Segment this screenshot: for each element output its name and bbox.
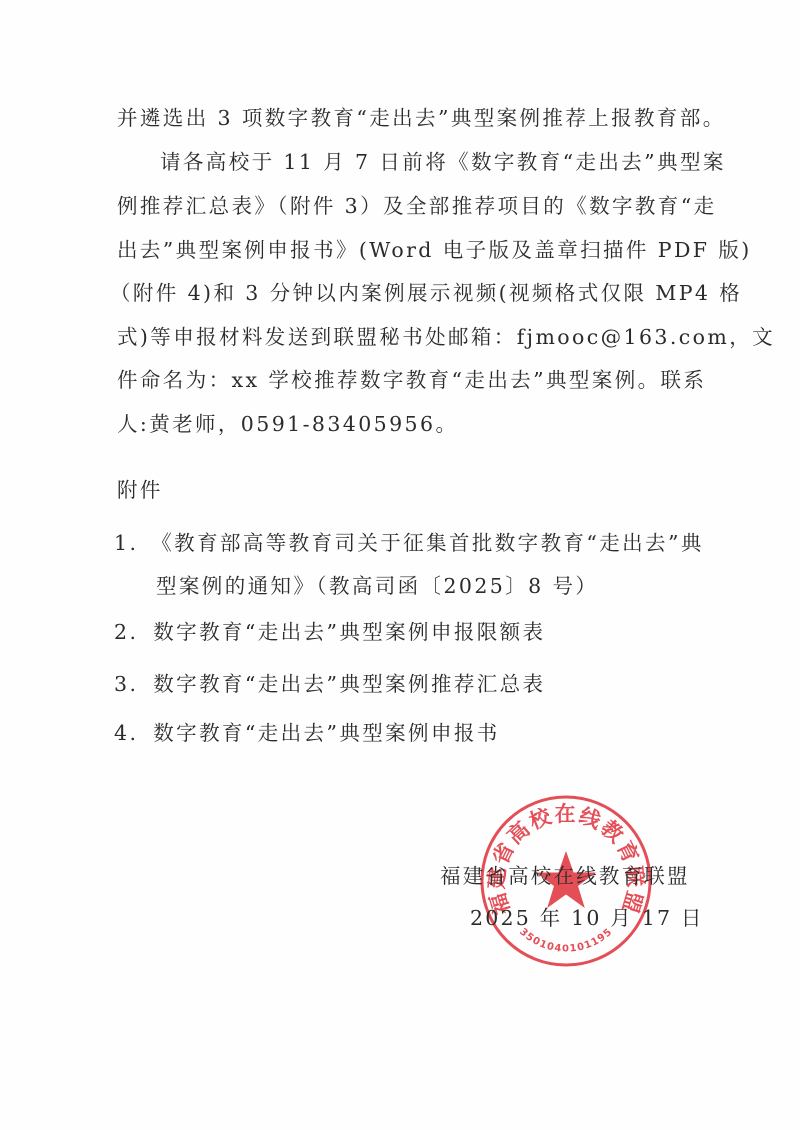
signature-organization: 福建省高校在线教育联盟 <box>440 862 690 890</box>
body-line-8: 人:黄老师，0591-83405956。 <box>117 410 458 438</box>
body-line-5: （附件 4)和 3 分钟以内案例展示视频(视频格式仅限 MP4 格 <box>110 279 742 307</box>
attachment-number: 1. <box>114 531 138 555</box>
body-line-1: 并遴选出 3 项数字教育“走出去”典型案例推荐上报教育部。 <box>117 104 726 132</box>
body-line-2: 请各高校于 11 月 7 日前将《数字教育“走出去”典型案 <box>160 148 726 176</box>
body-line-3: 例推荐汇总表》（附件 3）及全部推荐项目的《数字教育“走 <box>117 192 717 220</box>
attachment-item-1-continued: 型案例的通知》（教高司函〔2025〕8 号） <box>156 572 598 600</box>
attachment-title: 《教育部高等教育司关于征集首批数字教育“走出去”典 <box>151 531 703 555</box>
attachment-item-4: 4. 数字教育“走出去”典型案例申报书 <box>114 719 500 747</box>
attachment-item-3: 3. 数字教育“走出去”典型案例推荐汇总表 <box>114 670 545 698</box>
attachment-title: 数字教育“走出去”典型案例申报限额表 <box>153 620 545 644</box>
body-line-7: 件命名为：xx 学校推荐数字教育“走出去”典型案例。联系 <box>117 366 706 394</box>
attachment-number: 3. <box>114 672 138 696</box>
attachments-heading: 附件 <box>117 476 163 504</box>
attachment-number: 2. <box>114 620 138 644</box>
signature-date: 2025 年 10 月 17 日 <box>470 904 704 932</box>
attachment-item-2: 2. 数字教育“走出去”典型案例申报限额表 <box>114 618 545 646</box>
body-line-4: 出去”典型案例申报书》(Word 电子版及盖章扫描件 PDF 版) <box>117 236 752 264</box>
body-line-6: 式)等申报材料发送到联盟秘书处邮箱：fjmooc@163.com，文 <box>117 323 775 351</box>
attachment-number: 4. <box>114 721 138 745</box>
document-page: 并遴选出 3 项数字教育“走出去”典型案例推荐上报教育部。 请各高校于 11 月… <box>0 0 800 1130</box>
attachment-title: 数字教育“走出去”典型案例申报书 <box>153 721 499 745</box>
attachment-title: 数字教育“走出去”典型案例推荐汇总表 <box>153 672 545 696</box>
attachment-item-1: 1. 《教育部高等教育司关于征集首批数字教育“走出去”典 <box>114 529 704 557</box>
